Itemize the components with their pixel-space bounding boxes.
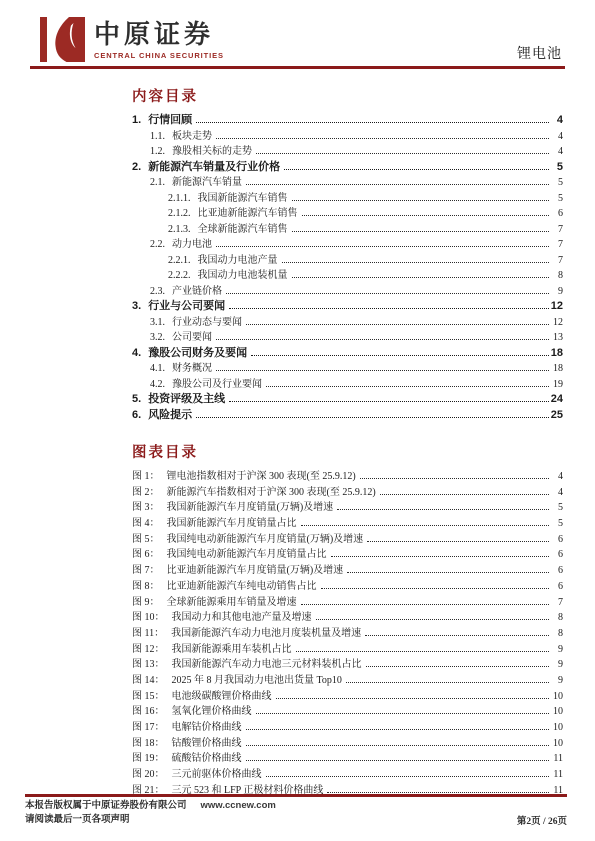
figure-entry-leader — [246, 760, 550, 761]
toc-entry-number: 4.1. — [150, 363, 165, 374]
toc-entry-leader — [229, 308, 549, 309]
figure-entry-title: 我国新能源汽车月度销量(万辆)及增速 — [167, 498, 334, 513]
toc-entry-label: 板块走势 — [172, 127, 212, 142]
toc-entry-page: 25 — [551, 409, 563, 421]
figure-entry-title: 我国新能源汽车动力电池月度装机量及增速 — [171, 624, 361, 639]
toc-entry-number: 2. — [132, 161, 141, 173]
toc-entry-number: 2.2.2. — [168, 270, 191, 281]
toc-entry-number: 1.1. — [150, 131, 165, 142]
figure-entry[interactable]: 图 10： 我国动力和其他电池产量及增速 8 — [132, 608, 563, 624]
figure-entry[interactable]: 图 12： 我国新能源乘用车装机占比 9 — [132, 640, 563, 656]
toc-entry[interactable]: 3.1. 行业动态与要闻 12 — [132, 313, 563, 329]
toc-entry-label: 我国动力电池装机量 — [198, 266, 288, 281]
toc-entry-page: 4 — [551, 146, 563, 157]
figure-entry-number: 图 17： — [132, 718, 165, 733]
toc-entry-label: 行业与公司要闻 — [148, 297, 225, 313]
figure-entry-number: 图 5： — [132, 530, 160, 545]
toc-entry[interactable]: 2.1.3. 全球新能源汽车销售 7 — [132, 220, 563, 236]
figure-entry-title: 比亚迪新能源汽车纯电动销售占比 — [167, 577, 317, 592]
toc-entry-page: 5 — [551, 177, 563, 188]
figure-entry[interactable]: 图 2： 新能源汽车指数相对于沪深 300 表现(至 25.9.12) 4 — [132, 483, 563, 499]
toc-entry-number: 2.1.2. — [168, 208, 191, 219]
figure-entry-number: 图 4： — [132, 514, 160, 529]
footer-left: 本报告版权属于中原证券股份有限公司 www.ccnew.com 请阅读最后一页各… — [25, 799, 276, 827]
figure-entry-title: 我国新能源乘用车装机占比 — [172, 640, 292, 655]
figure-entry[interactable]: 图 3： 我国新能源汽车月度销量(万辆)及增速 5 — [132, 498, 563, 514]
toc-entry-page: 13 — [551, 332, 563, 343]
toc-entry[interactable]: 5. 投资评级及主线 24 — [132, 390, 563, 406]
footer-divider — [25, 794, 567, 797]
toc-entry-number: 1. — [132, 114, 141, 126]
toc-entry[interactable]: 2.3. 产业链价格 9 — [132, 282, 563, 298]
figure-entry-leader — [331, 556, 550, 557]
figure-entry-number: 图 1： — [132, 467, 160, 482]
figure-entry[interactable]: 图 7： 比亚迪新能源汽车月度销量(万辆)及增速 6 — [132, 561, 563, 577]
toc-entry-label: 行情回顾 — [148, 111, 192, 127]
figure-entry-leader — [256, 713, 550, 714]
toc-entry-leader — [246, 184, 549, 185]
figure-entry[interactable]: 图 19： 硫酸钴价格曲线 11 — [132, 749, 563, 765]
figure-entry[interactable]: 图 1： 锂电池指数相对于沪深 300 表现(至 25.9.12) 4 — [132, 467, 563, 483]
toc-entry-page: 5 — [551, 161, 563, 173]
figure-entry-page: 8 — [551, 612, 563, 623]
toc-entry-page: 4 — [551, 114, 563, 126]
figure-entry-page: 6 — [551, 549, 563, 560]
figure-entry-leader — [301, 525, 550, 526]
figure-entry[interactable]: 图 14： 2025 年 8 月我国动力电池出货量 Top10 9 — [132, 671, 563, 687]
brand-text: 中原证券 CENTRAL CHINA SECURITIES — [94, 22, 224, 60]
figure-entry-title: 电池级碳酸锂价格曲线 — [172, 687, 272, 702]
figure-entry[interactable]: 图 17： 电解钴价格曲线 10 — [132, 718, 563, 734]
toc-entry[interactable]: 3.2. 公司要闻 13 — [132, 328, 563, 344]
figure-entry-page: 9 — [551, 675, 563, 686]
toc-entry[interactable]: 3. 行业与公司要闻 12 — [132, 297, 563, 313]
figure-entry-leader — [380, 494, 549, 495]
figure-entry[interactable]: 图 16： 氢氧化锂价格曲线 10 — [132, 702, 563, 718]
toc-entry-number: 3.2. — [150, 332, 165, 343]
brand-subtitle: CENTRAL CHINA SECURITIES — [94, 51, 224, 60]
figure-entry-leader — [246, 745, 550, 746]
toc-entry[interactable]: 2.2.2. 我国动力电池装机量 8 — [132, 266, 563, 282]
report-category-label: 锂电池 — [517, 43, 562, 63]
figure-entry-leader — [296, 651, 550, 652]
toc-entry-label: 财务概况 — [172, 359, 212, 374]
toc-entry-number: 5. — [132, 393, 141, 405]
figure-entry-page: 10 — [551, 706, 563, 717]
contents-list: 1. 行情回顾 4 1.1. 板块走势 4 1.2. 豫股相关标的走势 4 2. — [132, 111, 563, 421]
figure-entry-number: 图 7： — [132, 561, 160, 576]
figures-section: 图表目录 图 1： 锂电池指数相对于沪深 300 表现(至 25.9.12) 4… — [132, 441, 563, 796]
toc-entry[interactable]: 2.2. 动力电池 7 — [132, 235, 563, 251]
toc-entry-number: 2.3. — [150, 286, 165, 297]
toc-entry-number: 3. — [132, 300, 141, 312]
toc-entry-page: 19 — [551, 379, 563, 390]
toc-entry-page: 18 — [551, 363, 563, 374]
toc-entry-leader — [196, 417, 549, 418]
toc-entry-leader — [302, 215, 550, 216]
figure-entry-title: 我国纯电动新能源汽车月度销量占比 — [167, 545, 327, 560]
figure-entry-leader — [327, 792, 549, 793]
toc-entry-page: 24 — [551, 393, 563, 405]
toc-entry-number: 3.1. — [150, 317, 165, 328]
toc-entry-label: 产业链价格 — [172, 282, 222, 297]
figure-entry-page: 9 — [551, 659, 563, 670]
company-logo: 中原证券 CENTRAL CHINA SECURITIES — [40, 17, 224, 62]
brand-name: 中原证券 — [94, 22, 224, 48]
figure-entry-title: 新能源汽车指数相对于沪深 300 表现(至 25.9.12) — [167, 483, 376, 498]
toc-entry-page: 18 — [551, 347, 563, 359]
toc-entry-leader — [292, 200, 550, 201]
figure-entry-number: 图 3： — [132, 498, 160, 513]
figure-entry-leader — [316, 619, 550, 620]
figure-entry-number: 图 6： — [132, 545, 160, 560]
figure-entry-page: 4 — [551, 487, 563, 498]
figure-entry-leader — [365, 635, 549, 636]
toc-entry-label: 我国动力电池产量 — [198, 251, 278, 266]
figure-entry-page: 11 — [551, 769, 563, 780]
toc-entry-leader — [266, 386, 549, 387]
contents-title: 内容目录 — [132, 85, 563, 106]
figure-entry-leader — [266, 776, 550, 777]
toc-entry-label: 新能源汽车销量及行业价格 — [148, 158, 280, 174]
toc-entry-page: 5 — [551, 193, 563, 204]
toc-entry-label: 我国新能源汽车销售 — [198, 189, 288, 204]
figure-entry-title: 我国动力和其他电池产量及增速 — [172, 608, 312, 623]
figure-entry-leader — [276, 698, 550, 699]
toc-entry[interactable]: 2.1.1. 我国新能源汽车销售 5 — [132, 189, 563, 205]
figure-entry-page: 5 — [551, 502, 563, 513]
figure-entry-leader — [246, 729, 550, 730]
company-logo-icon — [40, 17, 85, 62]
toc-entry-number: 4.2. — [150, 379, 165, 390]
figures-title: 图表目录 — [132, 441, 563, 462]
figure-entry-number: 图 11： — [132, 624, 164, 639]
toc-entry[interactable]: 4.1. 财务概况 18 — [132, 359, 563, 375]
toc-entry-leader — [216, 246, 549, 247]
figure-entry-number: 图 20： — [132, 765, 165, 780]
figure-entry[interactable]: 图 9： 全球新能源乘用车销量及增速 7 — [132, 593, 563, 609]
toc-entry[interactable]: 4. 豫股公司财务及要闻 18 — [132, 344, 563, 360]
toc-entry-label: 风险提示 — [148, 406, 192, 422]
toc-entry-number: 2.2. — [150, 239, 165, 250]
toc-entry-page: 7 — [551, 239, 563, 250]
toc-entry-page: 7 — [551, 224, 563, 235]
toc-entry-number: 4. — [132, 347, 141, 359]
figure-entry-leader — [366, 666, 550, 667]
figure-entry-title: 钴酸锂价格曲线 — [172, 734, 242, 749]
toc-entry-number: 6. — [132, 409, 141, 421]
toc-entry-label: 豫股公司财务及要闻 — [148, 344, 247, 360]
figure-entry-page: 6 — [551, 565, 563, 576]
figure-entry-page: 5 — [551, 518, 563, 529]
figure-entry-page: 8 — [551, 628, 563, 639]
toc-entry-leader — [246, 324, 549, 325]
figure-entry-title: 硫酸钴价格曲线 — [172, 749, 242, 764]
toc-entry-page: 6 — [551, 208, 563, 219]
figure-entry-leader — [347, 572, 549, 573]
figure-entry-title: 电解钴价格曲线 — [172, 718, 242, 733]
toc-entry[interactable]: 2. 新能源汽车销量及行业价格 5 — [132, 158, 563, 174]
figure-entry-leader — [367, 541, 549, 542]
figure-entry-page: 4 — [551, 471, 563, 482]
toc-entry-number: 1.2. — [150, 146, 165, 157]
figure-entry-page: 6 — [551, 534, 563, 545]
figure-entry-leader — [360, 478, 549, 479]
toc-entry[interactable]: 4.2. 豫股公司及行业要闻 19 — [132, 375, 563, 391]
figure-entry-page: 10 — [551, 722, 563, 733]
toc-entry-leader — [196, 122, 549, 123]
figure-entry-title: 氢氧化锂价格曲线 — [172, 702, 252, 717]
toc-entry-number: 2.1.3. — [168, 224, 191, 235]
figure-entry[interactable]: 图 20： 三元前驱体价格曲线 11 — [132, 765, 563, 781]
footer-page-indicator: 第2页 / 26页 — [517, 813, 567, 827]
figure-entry-title: 我国纯电动新能源汽车月度销量(万辆)及增速 — [167, 530, 364, 545]
toc-entry-leader — [251, 355, 549, 356]
figure-entry-title: 三元前驱体价格曲线 — [172, 765, 262, 780]
figure-entry-page: 11 — [551, 753, 563, 764]
toc-entry-leader — [216, 339, 549, 340]
figure-entry-page: 9 — [551, 644, 563, 655]
figure-entry[interactable]: 图 6： 我国纯电动新能源汽车月度销量占比 6 — [132, 545, 563, 561]
figure-entry-number: 图 10： — [132, 608, 165, 623]
figure-entry-title: 我国新能源汽车动力电池三元材料装机占比 — [172, 655, 362, 670]
toc-entry-label: 动力电池 — [172, 235, 212, 250]
figure-entry-leader — [346, 682, 549, 683]
figure-entry-page: 10 — [551, 691, 563, 702]
figure-entry-number: 图 16： — [132, 702, 165, 717]
figure-entry-number: 图 19： — [132, 749, 165, 764]
toc-entry-leader — [256, 153, 549, 154]
figure-entry[interactable]: 图 18： 钴酸锂价格曲线 10 — [132, 734, 563, 750]
toc-entry-leader — [229, 401, 549, 402]
toc-entry-page: 7 — [551, 255, 563, 266]
toc-entry-label: 豫股相关标的走势 — [172, 142, 252, 157]
figure-entry-number: 图 12： — [132, 640, 165, 655]
figure-entry-number: 图 9： — [132, 593, 160, 608]
figure-entry-leader — [337, 509, 549, 510]
toc-entry[interactable]: 1.2. 豫股相关标的走势 4 — [132, 142, 563, 158]
figure-entry-page: 6 — [551, 581, 563, 592]
toc-entry[interactable]: 2.1.2. 比亚迪新能源汽车销售 6 — [132, 204, 563, 220]
toc-entry[interactable]: 1.1. 板块走势 4 — [132, 127, 563, 143]
toc-entry-label: 豫股公司及行业要闻 — [172, 375, 262, 390]
toc-entry-leader — [226, 293, 549, 294]
toc-entry-leader — [216, 370, 549, 371]
figure-entry-title: 锂电池指数相对于沪深 300 表现(至 25.9.12) — [167, 467, 356, 482]
toc-entry-leader — [292, 231, 550, 232]
report-page: 中原证券 CENTRAL CHINA SECURITIES 锂电池 内容目录 1… — [0, 0, 595, 841]
figure-entry-number: 图 15： — [132, 687, 165, 702]
toc-entry[interactable]: 2.1. 新能源汽车销量 5 — [132, 173, 563, 189]
toc-entry-label: 新能源汽车销量 — [172, 173, 242, 188]
toc-entry-label: 行业动态与要闻 — [172, 313, 242, 328]
contents-section: 内容目录 1. 行情回顾 4 1.1. 板块走势 4 1.2. 豫股相关标的走势… — [132, 85, 563, 421]
footer-copyright: 本报告版权属于中原证券股份有限公司 — [25, 799, 187, 813]
toc-entry-leader — [216, 138, 549, 139]
footer: 本报告版权属于中原证券股份有限公司 www.ccnew.com 请阅读最后一页各… — [25, 799, 567, 827]
toc-entry-page: 12 — [551, 317, 563, 328]
figure-entry-title: 比亚迪新能源汽车月度销量(万辆)及增速 — [167, 561, 344, 576]
toc-entry-leader — [284, 169, 549, 170]
figure-entry-title: 全球新能源乘用车销量及增速 — [167, 593, 297, 608]
toc-entry-label: 公司要闻 — [172, 328, 212, 343]
toc-entry-label: 比亚迪新能源汽车销售 — [198, 204, 298, 219]
toc-entry-number: 2.1. — [150, 177, 165, 188]
toc-entry[interactable]: 2.2.1. 我国动力电池产量 7 — [132, 251, 563, 267]
toc-entry-label: 全球新能源汽车销售 — [198, 220, 288, 235]
figure-entry-page: 10 — [551, 738, 563, 749]
footer-disclaimer: 请阅读最后一页各项声明 — [25, 813, 276, 827]
figure-entry-title: 2025 年 8 月我国动力电池出货量 Top10 — [172, 671, 342, 686]
figure-entry-title: 我国新能源汽车月度销量占比 — [167, 514, 297, 529]
toc-entry-page: 4 — [551, 131, 563, 142]
figure-entry[interactable]: 图 5： 我国纯电动新能源汽车月度销量(万辆)及增速 6 — [132, 530, 563, 546]
figure-entry[interactable]: 图 11： 我国新能源汽车动力电池月度装机量及增速 8 — [132, 624, 563, 640]
toc-entry-page: 9 — [551, 286, 563, 297]
figure-entry-page: 7 — [551, 597, 563, 608]
toc-entry[interactable]: 6. 风险提示 25 — [132, 406, 563, 422]
toc-entry-page: 8 — [551, 270, 563, 281]
figure-entry-number: 图 13： — [132, 655, 165, 670]
figures-list: 图 1： 锂电池指数相对于沪深 300 表现(至 25.9.12) 4 图 2：… — [132, 467, 563, 796]
footer-website-link[interactable]: www.ccnew.com — [201, 799, 276, 813]
figure-entry[interactable]: 图 8： 比亚迪新能源汽车纯电动销售占比 6 — [132, 577, 563, 593]
figure-entry-number: 图 18： — [132, 734, 165, 749]
figure-entry-number: 图 8： — [132, 577, 160, 592]
toc-entry-label: 投资评级及主线 — [148, 390, 225, 406]
figure-entry[interactable]: 图 13： 我国新能源汽车动力电池三元材料装机占比 9 — [132, 655, 563, 671]
toc-entry-leader — [292, 277, 550, 278]
toc-entry-number: 2.2.1. — [168, 255, 191, 266]
figure-entry-leader — [301, 604, 550, 605]
header-divider — [30, 66, 565, 69]
toc-entry-page: 12 — [551, 300, 563, 312]
figure-entry-number: 图 14： — [132, 671, 165, 686]
figure-entry[interactable]: 图 4： 我国新能源汽车月度销量占比 5 — [132, 514, 563, 530]
toc-entry-number: 2.1.1. — [168, 193, 191, 204]
toc-entry-leader — [282, 262, 550, 263]
figure-entry[interactable]: 图 15： 电池级碳酸锂价格曲线 10 — [132, 687, 563, 703]
toc-entry[interactable]: 1. 行情回顾 4 — [132, 111, 563, 127]
figure-entry-leader — [321, 588, 550, 589]
figure-entry-number: 图 2： — [132, 483, 160, 498]
